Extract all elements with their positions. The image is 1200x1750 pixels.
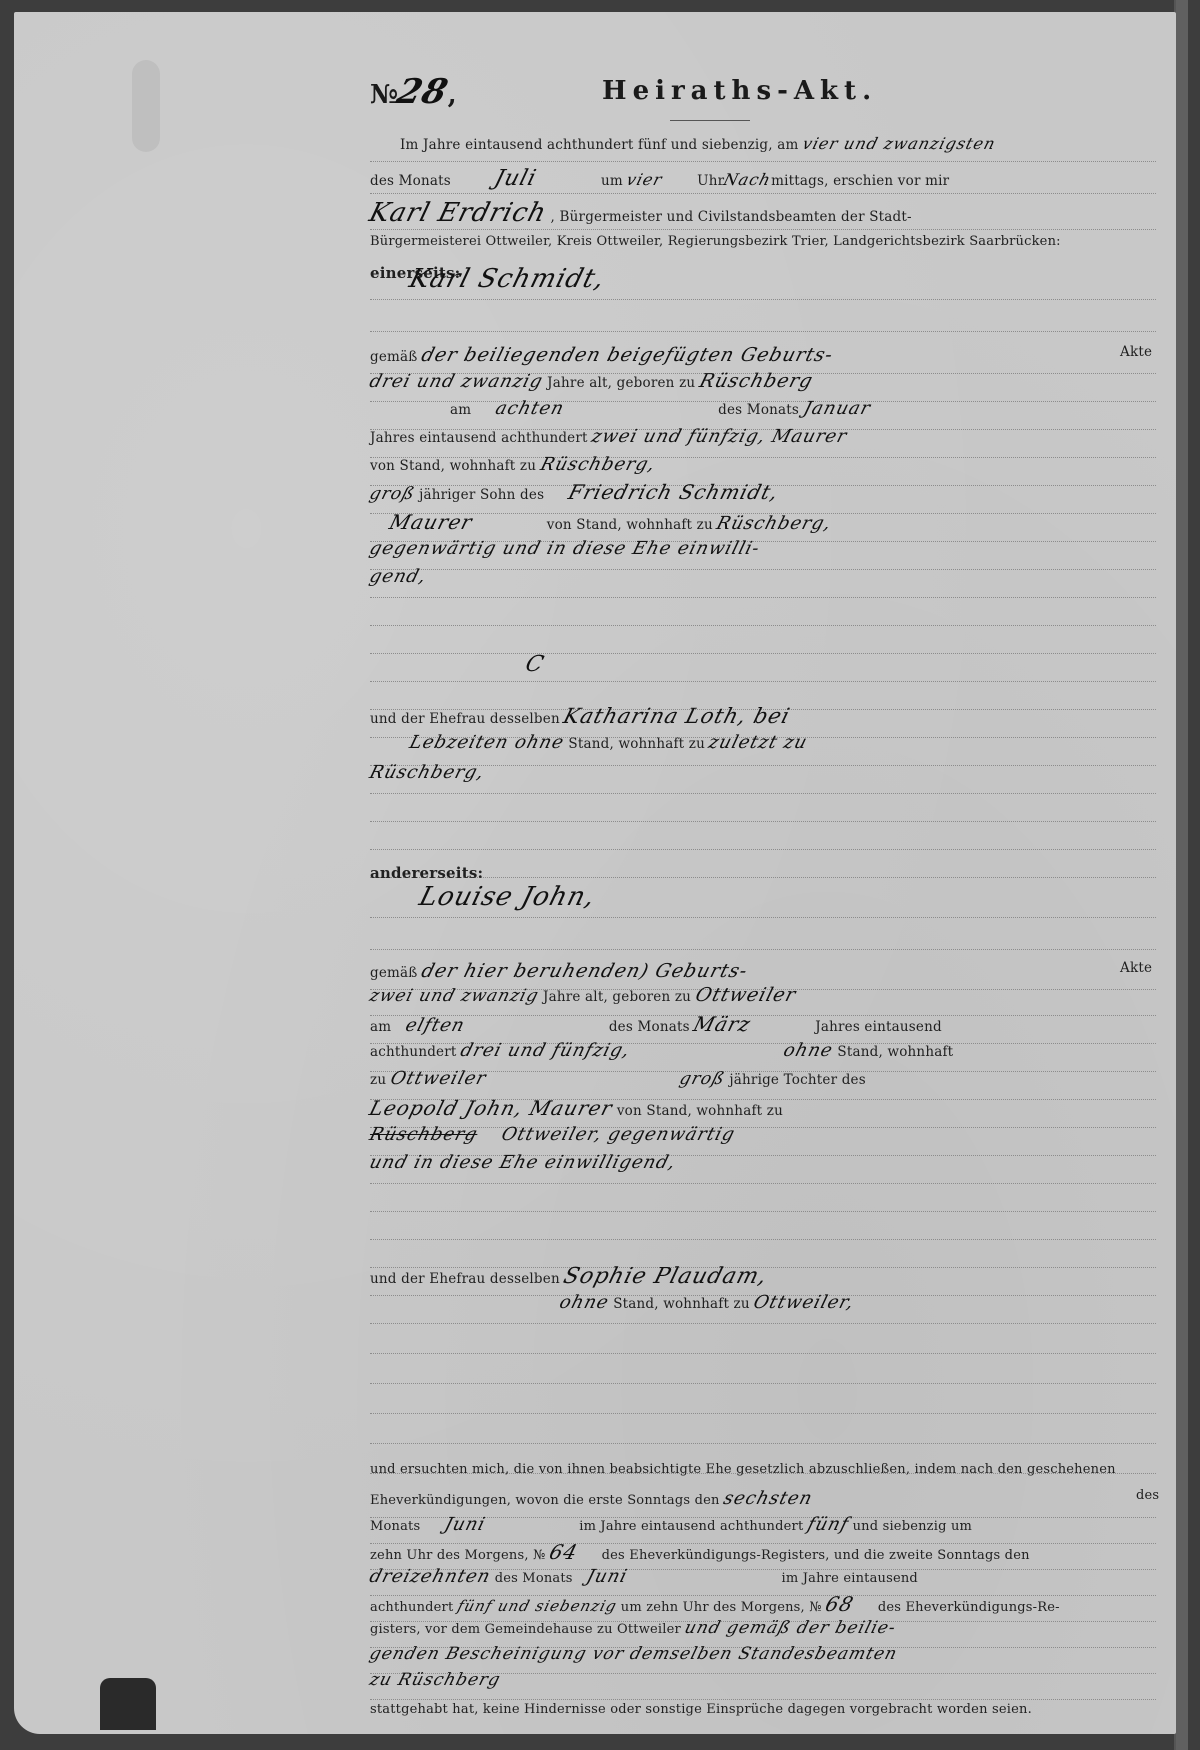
ruled-line (370, 542, 1156, 570)
ruled-line (370, 1296, 1156, 1324)
ruled-line (370, 626, 1156, 654)
ruled-line (370, 1156, 1156, 1184)
record-number-value: 28 (393, 72, 453, 112)
document-title: Heiraths-Akt. (602, 76, 877, 106)
ruled-line (370, 794, 1156, 822)
ruled-line (370, 1184, 1156, 1212)
book-spine (1174, 0, 1188, 1750)
ruled-line (370, 1356, 1156, 1384)
book-clip (100, 1678, 156, 1730)
ruled-line (370, 654, 1156, 682)
ruled-line (370, 1212, 1156, 1240)
bride-section-label: andererseits: (370, 864, 483, 882)
ruled-line (370, 134, 1156, 162)
ruled-line (370, 202, 1156, 230)
ruled-line (370, 850, 1156, 878)
closing-line-final: stattgehabt hat, keine Hindernisse oder … (370, 1702, 1032, 1717)
ruled-line (370, 166, 1156, 194)
document-page: №28, Heiraths-Akt. Im Jahre eintausend a… (14, 12, 1176, 1734)
intro-line-4: Bürgermeisterei Ottweiler, Kreis Ottweil… (370, 234, 1061, 249)
ruled-line (370, 1672, 1156, 1700)
ruled-line (370, 1416, 1156, 1444)
ruled-line (370, 922, 1156, 950)
ruled-line (370, 570, 1156, 598)
ruled-line (370, 1386, 1156, 1414)
mother-deceased-mark: C (523, 652, 548, 677)
ruled-line (370, 890, 1156, 918)
closing-line-1: und ersuchten mich, die von ihnen beabsi… (370, 1462, 1116, 1477)
ruled-line (370, 738, 1156, 766)
ruled-line (370, 272, 1156, 300)
ruled-line (370, 304, 1156, 332)
ruled-line (370, 1326, 1156, 1354)
record-number: №28, (370, 72, 457, 112)
ruled-line (370, 822, 1156, 850)
ruled-line (370, 766, 1156, 794)
paper-stain (132, 60, 160, 152)
ruled-line (370, 598, 1156, 626)
title-divider (670, 120, 750, 121)
